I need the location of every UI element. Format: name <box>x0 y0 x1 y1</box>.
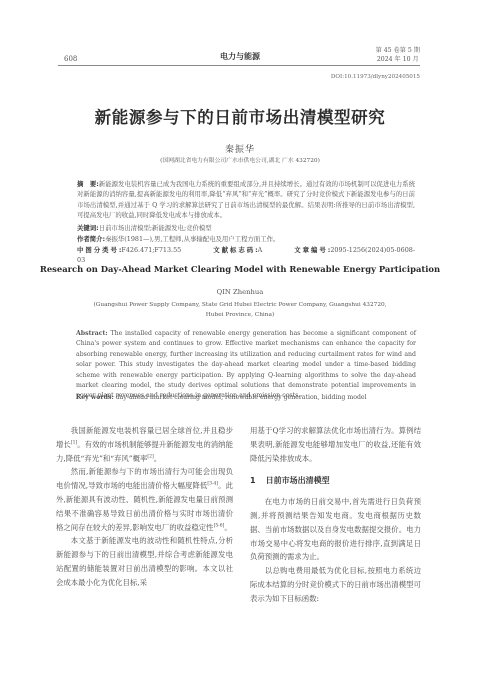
affiliation-cn: (国网湖北省电力有限公司广水市供电公司,湖北 广水 432720) <box>0 155 480 164</box>
body-paragraph: 用基于Q学习的求解算法优化市场出清行为。算例结果表明,新能源发电能够增加发电厂的… <box>250 424 421 465</box>
article-title-cn: 新能源参与下的日前市场出清模型研究 <box>0 104 480 128</box>
section-number: 1 <box>250 476 256 485</box>
keywords-cn: 关键词:日前市场出清模型;新能源发电;竞价模型 <box>77 223 415 233</box>
abstract-cn: 摘 要:新能源发电装机容量已成为我国电力系统的重要组成部分,并且持续增长。通过有… <box>77 179 415 221</box>
header-rule <box>58 65 420 66</box>
abstract-cn-text: 新能源发电装机容量已成为我国电力系统的重要组成部分,并且持续增长。通过有效的市场… <box>77 180 415 219</box>
article-title-en: Research on Day-Ahead Market Clearing Mo… <box>0 264 480 274</box>
classification-line: 中图分类号:F426.471;F713.55 文献标志码:A 文章编号:2095… <box>77 245 415 266</box>
keywords-en-label: Key words: <box>76 394 114 401</box>
issue-volume: 第 45 卷第 5 期 <box>376 46 420 55</box>
body-paragraph: 本文基于新能源发电的波动性和随机性特点,分析新能源参与下的日前出清模型,并综合考… <box>56 534 233 589</box>
body-paragraph: 然而,新能源参与下的市场出清行为可能会出现负电价情况,导致市场的电能出清价格大幅… <box>56 465 233 534</box>
section-title: 日前市场出清模型 <box>266 476 330 485</box>
keywords-en: Key words: day-ahead market clearing mod… <box>76 393 416 403</box>
abstract-cn-label: 摘 要: <box>77 180 99 188</box>
citation: [3-4] <box>207 482 218 487</box>
issue-info: 第 45 卷第 5 期 2024 年 10 月 <box>376 46 420 64</box>
doi: DOI:10.11973/dlyny202405015 <box>331 74 420 80</box>
body-paragraph: 我国新能源发电装机容量已居全球首位,并且稳步增长[1]。有效的市场机制能够提升新… <box>56 424 233 465</box>
affiliation-en-line1: (Guangshui Power Supply Company, State G… <box>0 300 480 310</box>
keywords-cn-text: 日前市场出清模型;新能源发电;竞价模型 <box>99 224 212 232</box>
doc-code-label: 文献标志码: <box>213 246 257 254</box>
body-column-right: 用基于Q学习的求解算法优化市场出清行为。算例结果表明,新能源发电能够增加发电厂的… <box>250 424 421 606</box>
affiliation-en-line2: Hubei Province, China) <box>0 310 480 320</box>
author-bio-label: 作者简介: <box>77 235 105 243</box>
author-bio-text: 秦振华(1981—),男,工程师,从事输配电及用户工程方面工作。 <box>105 235 279 243</box>
citation: [5-6] <box>214 523 225 528</box>
abstract-en-label: Abstract: <box>76 330 108 337</box>
body-paragraph: 在电力市场的日前交易中,首先需进行日负荷预测,并将预测结果告知发电商。发电商根据… <box>250 495 421 564</box>
affiliation-en: (Guangshui Power Supply Company, State G… <box>0 300 480 320</box>
abstract-en-text: The installed capacity of renewable ener… <box>76 330 416 399</box>
section-heading: 1日前市场出清模型 <box>250 474 421 488</box>
issue-date: 2024 年 10 月 <box>376 55 420 64</box>
author-bio: 作者简介:秦振华(1981—),男,工程师,从事输配电及用户工程方面工作。 <box>77 234 415 244</box>
keywords-en-text: day-ahead market clearing model, renewab… <box>116 394 367 401</box>
clc-label: 中图分类号: <box>77 246 121 254</box>
article-no-label: 文章编号: <box>294 246 330 254</box>
doc-code-value: A <box>258 246 263 254</box>
abstract-en: Abstract: The installed capacity of rene… <box>76 329 416 402</box>
body-paragraph: 以总购电费用最低为优化目标,按照电力系统边际成本结算的分时竞价模式下的日前市场出… <box>250 564 421 605</box>
keywords-cn-label: 关键词: <box>77 224 99 232</box>
author-en: QIN Zhenhua <box>0 288 480 296</box>
body-column-left: 我国新能源发电装机容量已居全球首位,并且稳步增长[1]。有效的市场机制能够提升新… <box>56 424 233 590</box>
clc-value: F426.471;F713.55 <box>121 246 181 254</box>
author-cn: 秦振华 <box>0 142 480 155</box>
